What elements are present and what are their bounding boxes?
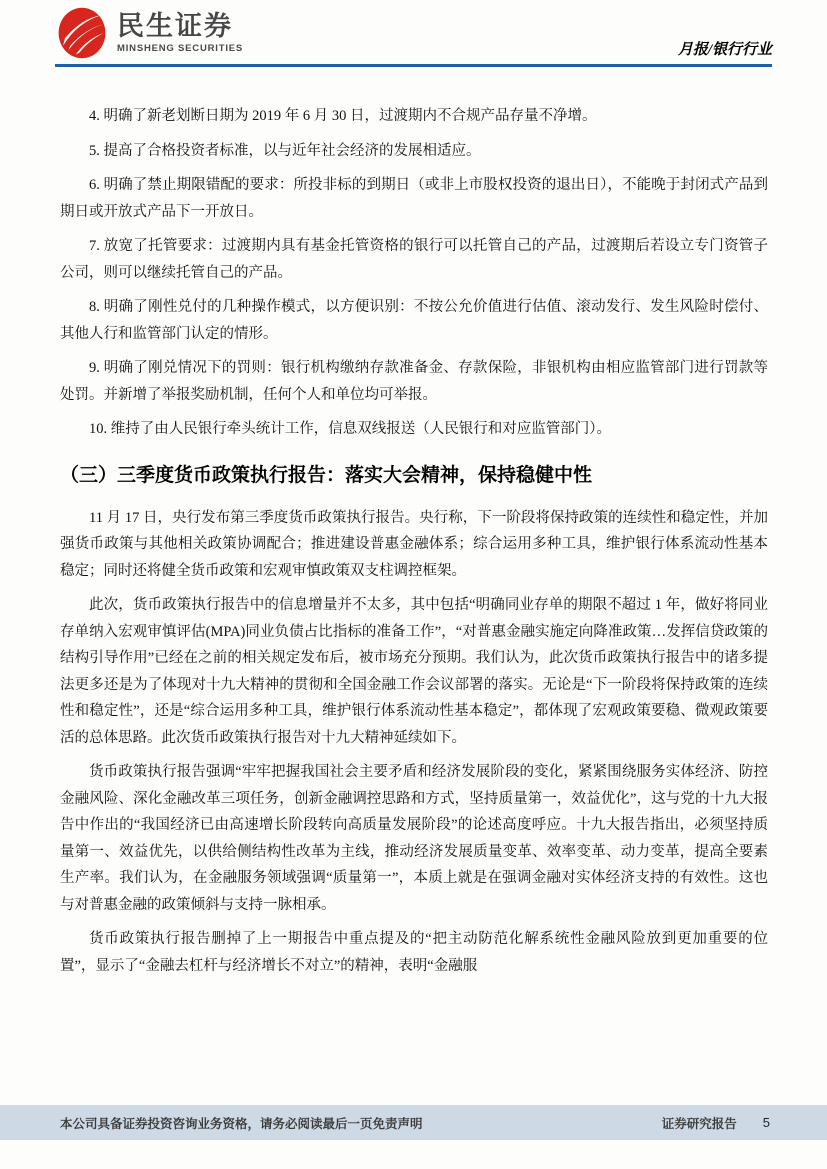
list-item-9: 9. 明确了刚兑情况下的罚则：银行机构缴纳存款准备金、存款保险，非银机构由相应监… [60,355,768,408]
list-item-7: 7. 放宽了托管要求：过渡期内具有基金托管资格的银行可以托管自己的产品，过渡期后… [60,233,768,286]
page-header: 民生证券 MINSHENG SECURITIES 月报/银行行业 [55,0,772,67]
footer-band: 本公司具备证券投资咨询业务资格，请务必阅读最后一页免责声明 证券研究报告 5 [0,1105,827,1140]
footer-right-group: 证券研究报告 5 [662,1114,770,1132]
brand-name-en: MINSHENG SECURITIES [117,44,243,54]
document-body: 4. 明确了新老划断日期为 2019 年 6 月 30 日，过渡期内不合规产品存… [60,103,768,979]
brand-name-cn: 民生证券 [117,13,243,40]
list-item-10: 10. 维持了由人民银行牵头统计工作，信息双线报送（人民银行和对应监管部门）。 [60,416,768,443]
footer-report-label: 证券研究报告 [662,1114,737,1132]
report-type-label: 月报/银行行业 [678,38,772,61]
paragraph-1: 11 月 17 日，央行发布第三季度货币政策执行报告。央行称，下一阶段将保持政策… [60,505,768,585]
brand-logo: 民生证券 MINSHENG SECURITIES [55,5,243,61]
list-item-8: 8. 明确了刚性兑付的几种操作模式，以方便识别：不按公允价值进行估值、滚动发行、… [60,294,768,347]
section-heading: （三）三季度货币政策执行报告：落实大会精神，保持稳健中性 [60,463,768,489]
footer-page-number: 5 [763,1115,770,1130]
list-item-4: 4. 明确了新老划断日期为 2019 年 6 月 30 日，过渡期内不合规产品存… [60,103,768,130]
list-item-5: 5. 提高了合格投资者标准，以与近年社会经济的发展相适应。 [60,138,768,165]
paragraph-4: 货币政策执行报告删掉了上一期报告中重点提及的“把主动防范化解系统性金融风险放到更… [60,926,768,979]
footer-disclaimer: 本公司具备证券投资咨询业务资格，请务必阅读最后一页免责声明 [60,1114,423,1132]
list-item-6: 6. 明确了禁止期限错配的要求：所投非标的到期日（或非上市股权投资的退出日），不… [60,172,768,225]
minsheng-logo-icon [55,5,109,61]
paragraph-3: 货币政策执行报告强调“牢牢把握我国社会主要矛盾和经济发展阶段的变化，紧紧围绕服务… [60,759,768,918]
brand-text: 民生证券 MINSHENG SECURITIES [117,13,243,54]
report-page: 民生证券 MINSHENG SECURITIES 月报/银行行业 4. 明确了新… [0,0,827,1169]
paragraph-2: 此次，货币政策执行报告中的信息增量并不太多，其中包括“明确同业存单的期限不超过 … [60,592,768,751]
